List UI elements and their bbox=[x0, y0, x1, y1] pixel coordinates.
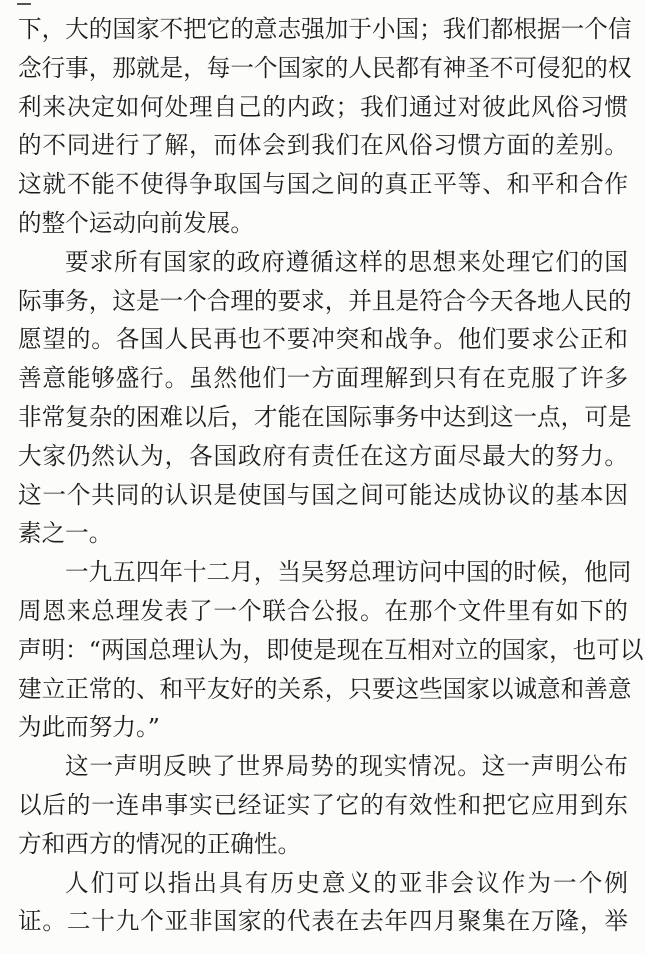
text-line: 的整个运动向前发展。 bbox=[18, 204, 628, 243]
text-line: 的不同进行了解，而体会到我们在风俗习惯方面的差别。 bbox=[18, 126, 628, 165]
text-line: 以后的一连串事实已经证实了它的有效性和把它应用到东 bbox=[18, 786, 628, 825]
text-line: 周恩来总理发表了一个联合公报。在那个文件里有如下的 bbox=[18, 592, 628, 631]
text-line: 这一个共同的认识是使国与国之间可能达成协议的基本因 bbox=[18, 476, 628, 515]
text-line: 证。二十九个亚非国家的代表在去年四月聚集在万隆，举 bbox=[18, 902, 628, 941]
text-line: 际事务，这是一个合理的要求，并且是符合今天各地人民的 bbox=[18, 282, 628, 321]
paragraph-first-line: 要求所有国家的政府遵循这样的思想来处理它们的国 bbox=[18, 243, 628, 282]
paragraph-first-line: 人们可以指出具有历史意义的亚非会议作为一个例 bbox=[18, 864, 628, 903]
text-line: 念行事，那就是，每一个国家的人民都有神圣不可侵犯的权 bbox=[18, 49, 628, 88]
text-line: 建立正常的、和平友好的关系，只要这些国家以诚意和善意 bbox=[18, 670, 628, 709]
text-line: 为此而努力。” bbox=[18, 708, 628, 747]
text-line: 愿望的。各国人民再也不要冲突和战争。他们要求公正和 bbox=[18, 320, 628, 359]
text-line: 非常复杂的困难以后，才能在国际事务中达到这一点，可是 bbox=[18, 398, 628, 437]
previous-line-fragment bbox=[17, 3, 31, 5]
text-line: 方和西方的情况的正确性。 bbox=[18, 825, 628, 864]
paragraph-first-line: 这一声明反映了世界局势的现实情况。这一声明公布 bbox=[18, 747, 628, 786]
text-line: 这就不能不使得争取国与国之间的真正平等、和平和合作 bbox=[18, 165, 628, 204]
text-line: 声明：“两国总理认为，即使是现在互相对立的国家，也可以 bbox=[18, 631, 628, 670]
text-line: 大家仍然认为，各国政府有责任在这方面尽最大的努力。 bbox=[18, 437, 628, 476]
text-line: 利来决定如何处理自己的内政；我们通过对彼此风俗习惯 bbox=[18, 88, 628, 127]
text-line: 素之一。 bbox=[18, 514, 628, 553]
paragraph-first-line: 一九五四年十二月，当吴努总理访问中国的时候，他同 bbox=[18, 553, 628, 592]
text-line: 善意能够盛行。虽然他们一方面理解到只有在克服了许多 bbox=[18, 359, 628, 398]
body-text: 下，大的国家不把它的意志强加于小国；我们都根据一个信念行事，那就是，每一个国家的… bbox=[18, 10, 628, 941]
text-line: 下，大的国家不把它的意志强加于小国；我们都根据一个信 bbox=[18, 10, 628, 49]
scanned-page: 下，大的国家不把它的意志强加于小国；我们都根据一个信念行事，那就是，每一个国家的… bbox=[0, 0, 645, 954]
